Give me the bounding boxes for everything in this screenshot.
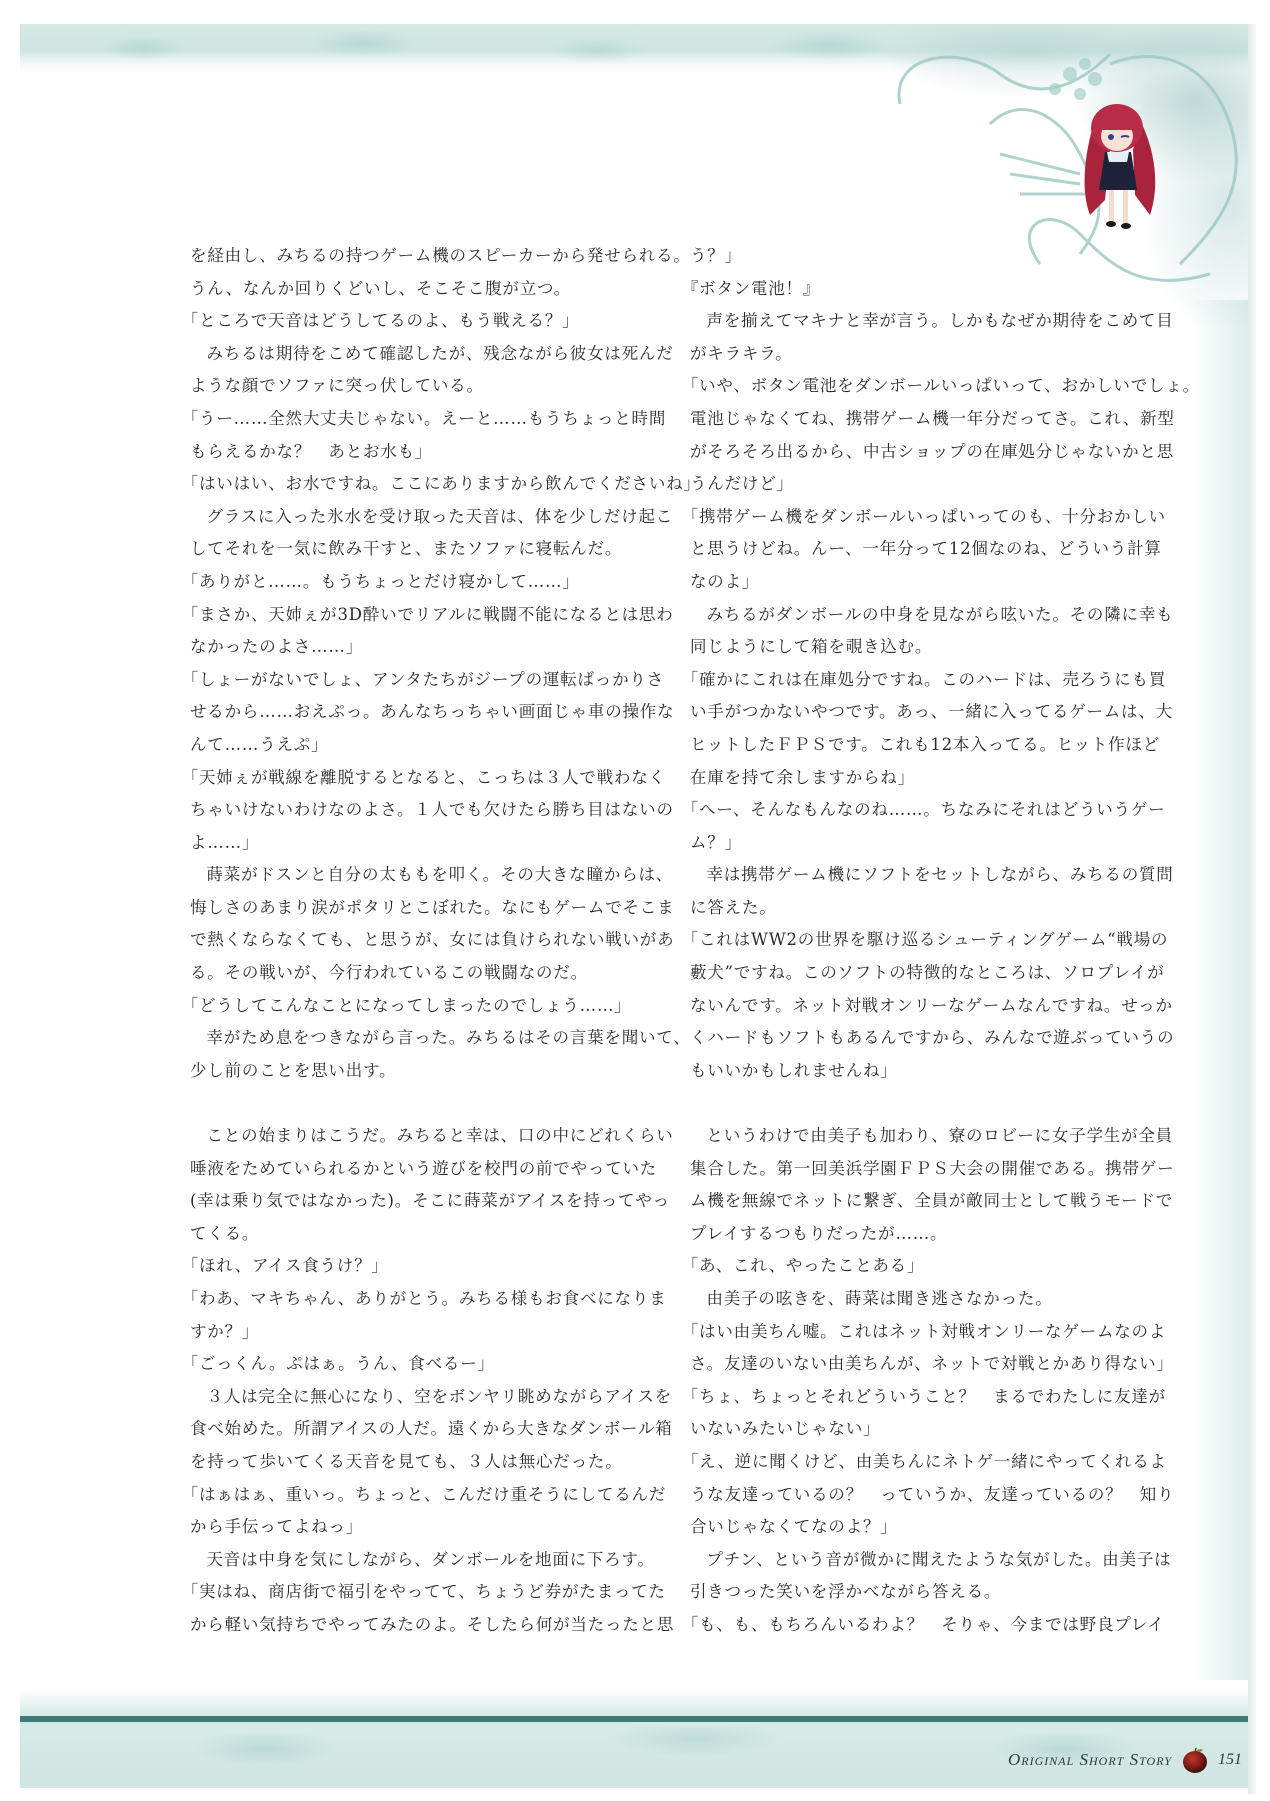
text-line: くハードもソフトもあるんですから、みんなで遊ぶっていうの bbox=[690, 1022, 1135, 1055]
text-line: すか？」 bbox=[190, 1316, 630, 1349]
text-line: なかったのよさ……」 bbox=[190, 631, 630, 664]
dialogue-line: 「も、も、もちろんいるわよ？ そりゃ、今までは野良プレイ bbox=[682, 1609, 1135, 1642]
text-line: してそれを一気に飲み干すと、またソファに寝転んだ。 bbox=[190, 533, 630, 566]
dialogue-line: 「いや、ボタン電池をダンボールいっぱいって、おかしいでしょ。 bbox=[682, 370, 1135, 403]
text-line: ム？」 bbox=[690, 827, 1135, 860]
text-line: 唾液をためていられるかという遊びを校門の前でやっていた bbox=[190, 1153, 630, 1186]
text-line: もいいかもしれませんね」 bbox=[690, 1055, 1135, 1088]
text-line: せるから……おえぷっ。あんなちっちゃい画面じゃ車の操作な bbox=[190, 696, 630, 729]
dialogue-line: 「うー……全然大丈夫じゃない。えーと……もうちょっと時間 bbox=[182, 403, 630, 436]
text-line: ような顔でソファに突っ伏している。 bbox=[190, 370, 630, 403]
dialogue-line: 「ちょ、ちょっとそれどういうこと？ まるでわたしに友達が bbox=[682, 1381, 1135, 1414]
text-line: がそろそろ出るから、中古ショップの在庫処分じゃないかと思 bbox=[690, 436, 1135, 469]
text-line: 引きつった笑いを浮かべながら答える。 bbox=[690, 1576, 1135, 1609]
dialogue-line: 「実はね、商店街で福引をやってて、ちょうど券がたまってた bbox=[182, 1576, 630, 1609]
chibi-character-illustration bbox=[1065, 90, 1175, 240]
text-line: ヒットしたＦＰＳです。これも12本入ってる。ヒット作ほど bbox=[690, 729, 1135, 762]
dialogue-line: 「わあ、マキちゃん、ありがとう。みちる様もお食べになりま bbox=[182, 1283, 630, 1316]
text-line: ことの始まりはこうだ。みちると幸は、口の中にどれくらい bbox=[190, 1120, 630, 1153]
text-line: 天音は中身を気にしながら、ダンボールを地面に下ろす。 bbox=[190, 1544, 630, 1577]
text-line: い手がつかないやつです。あっ、一緒に入ってるゲームは、大 bbox=[690, 696, 1135, 729]
text-line: る。その戦いが、今行われているこの戦闘なのだ。 bbox=[190, 957, 630, 990]
text-line: 蒔菜がドスンと自分の太ももを叩く。その大きな瞳からは、 bbox=[190, 859, 630, 892]
text-column-left: を経由し、みちるの持つゲーム機のスピーカーから発せられる。うん、なんか回りくどい… bbox=[190, 240, 630, 1642]
text-line: てくる。 bbox=[190, 1218, 630, 1251]
text-line: もらえるかな？ あとお水も」 bbox=[190, 436, 630, 469]
text-line: 藪犬”ですね。このソフトの特徴的なところは、ソロプレイが bbox=[690, 957, 1135, 990]
text-line: プレイするつもりだったが……。 bbox=[690, 1218, 1135, 1251]
text-line: ３人は完全に無心になり、空をボンヤリ眺めながらアイスを bbox=[190, 1381, 630, 1414]
text-line: グラスに入った氷水を受け取った天音は、体を少しだけ起こ bbox=[190, 501, 630, 534]
text-line: (幸は乗り気ではなかった)。そこに蒔菜がアイスを持ってやっ bbox=[190, 1185, 630, 1218]
text-line: なのよ」 bbox=[690, 566, 1135, 599]
text-line: を経由し、みちるの持つゲーム機のスピーカーから発せられる。 bbox=[190, 240, 630, 273]
text-line: 悔しさのあまり涙がポタリとこぼれた。なにもゲームでそこま bbox=[190, 892, 630, 925]
dialogue-line: 「しょーがないでしょ、アンタたちがジープの運転ばっかりさ bbox=[182, 664, 630, 697]
character-icon bbox=[1065, 90, 1175, 240]
dialogue-line: 「どうしてこんなことになってしまったのでしょう……」 bbox=[182, 990, 630, 1023]
running-footer-title: Original Short Story bbox=[1008, 1750, 1172, 1770]
footer-rule bbox=[20, 1716, 1248, 1722]
text-line: を持って歩いてくる天音を見ても、３人は無心だった。 bbox=[190, 1446, 630, 1479]
dialogue-line: 「はいはい、お水ですね。ここにありますから飲んでくださいね」 bbox=[182, 468, 630, 501]
paragraph-break bbox=[690, 1087, 1135, 1120]
text-line: んて……うえぷ」 bbox=[190, 729, 630, 762]
text-line: から軽い気持ちでやってみたのよ。そしたら何が当たったと思 bbox=[190, 1609, 630, 1642]
dialogue-line: 「ところで天音はどうしてるのよ、もう戦える？」 bbox=[182, 305, 630, 338]
dialogue-line: 「ありがと……。もうちょっとだけ寝かして……」 bbox=[182, 566, 630, 599]
text-line: ないんです。ネット対戦オンリーなゲームなんですね。せっか bbox=[690, 990, 1135, 1023]
dialogue-line: 『ボタン電池！』 bbox=[682, 273, 1135, 306]
dialogue-line: 「ほれ、アイス食うけ？」 bbox=[182, 1250, 630, 1283]
dialogue-line: 「え、逆に聞くけど、由美ちんにネトゲ一緒にやってくれるよ bbox=[682, 1446, 1135, 1479]
text-line: うんだけど」 bbox=[690, 468, 1135, 501]
dialogue-line: 「ごっくん。ぷはぁ。うん、食べるー」 bbox=[182, 1348, 630, 1381]
paragraph-break bbox=[190, 1087, 630, 1120]
text-line: みちるがダンボールの中身を見ながら呟いた。その隣に幸も bbox=[690, 599, 1135, 632]
text-line: ちゃいけないわけなのよさ。１人でも欠けたら勝ち目はないの bbox=[190, 794, 630, 827]
text-line: プチン、という音が微かに聞えたような気がした。由美子は bbox=[690, 1544, 1135, 1577]
text-line: 在庫を持て余しますからね」 bbox=[690, 762, 1135, 795]
text-line: 合いじゃなくてなのよ？」 bbox=[690, 1511, 1135, 1544]
dialogue-line: 「はい由美ちん嘘。これはネット対戦オンリーなゲームなのよ bbox=[682, 1316, 1135, 1349]
text-line: に答えた。 bbox=[690, 892, 1135, 925]
text-line: 幸がため息をつきながら言った。みちるはその言葉を聞いて、 bbox=[190, 1022, 630, 1055]
text-line: よ……」 bbox=[190, 827, 630, 860]
text-line: さ。友達のいない由美ちんが、ネットで対戦とかあり得ない」 bbox=[690, 1348, 1135, 1381]
text-line: うな友達っているの？ っていうか、友達っているの？ 知り bbox=[690, 1479, 1135, 1512]
text-line: と思うけどね。んー、一年分って12個なのね、どういう計算 bbox=[690, 533, 1135, 566]
dialogue-line: 「あ、これ、やったことある」 bbox=[682, 1250, 1135, 1283]
dialogue-line: 「天姉ぇが戦線を離脱するとなると、こっちは３人で戦わなく bbox=[182, 762, 630, 795]
text-line: 電池じゃなくてね、携帯ゲーム機一年分だってさ。これ、新型 bbox=[690, 403, 1135, 436]
right-texture-band bbox=[1190, 300, 1248, 1680]
text-line: 由美子の呟きを、蒔菜は聞き逃さなかった。 bbox=[690, 1283, 1135, 1316]
text-line: う？」 bbox=[690, 240, 1135, 273]
text-line: うん、なんか回りくどいし、そこそこ腹が立つ。 bbox=[190, 273, 630, 306]
text-line: 同じようにして箱を覗き込む。 bbox=[690, 631, 1135, 664]
dialogue-line: 「確かにこれは在庫処分ですね。このハードは、売ろうにも買 bbox=[682, 664, 1135, 697]
text-line: 食べ始めた。所謂アイスの人だ。遠くから大きなダンボール箱 bbox=[190, 1413, 630, 1446]
dialogue-line: 「はぁはぁ、重いっ。ちょっと、こんだけ重そうにしてるんだ bbox=[182, 1479, 630, 1512]
text-line: 声を揃えてマキナと幸が言う。しかもなぜか期待をこめて目 bbox=[690, 305, 1135, 338]
text-line: 幸は携帯ゲーム機にソフトをセットしながら、みちるの質問 bbox=[690, 859, 1135, 892]
text-line: 少し前のことを思い出す。 bbox=[190, 1055, 630, 1088]
text-line: で熱くならなくても、と思うが、女には負けられない戦いがあ bbox=[190, 924, 630, 957]
dialogue-line: 「まさか、天姉ぇが3D酔いでリアルに戦闘不能になるとは思わ bbox=[182, 599, 630, 632]
page-edge bbox=[1248, 24, 1256, 1794]
text-line: 集合した。第一回美浜学園ＦＰＳ大会の開催である。携帯ゲー bbox=[690, 1153, 1135, 1186]
page-number: 151 bbox=[1218, 1751, 1242, 1769]
text-line: から手伝ってよねっ」 bbox=[190, 1511, 630, 1544]
text-line: みちるは期待をこめて確認したが、残念ながら彼女は死んだ bbox=[190, 338, 630, 371]
text-line: いないみたいじゃない」 bbox=[690, 1413, 1135, 1446]
dialogue-line: 「これはWW2の世界を駆け巡るシューティングゲーム“戦場の bbox=[682, 924, 1135, 957]
page-footer: Original Short Story 151 bbox=[1008, 1740, 1242, 1780]
dialogue-line: 「へー、そんなもんなのね……。ちなみにそれはどういうゲー bbox=[682, 794, 1135, 827]
dialogue-line: 「携帯ゲーム機をダンボールいっぱいってのも、十分おかしい bbox=[682, 501, 1135, 534]
text-line: ム機を無線でネットに繋ぎ、全員が敵同士として戦うモードで bbox=[690, 1185, 1135, 1218]
apple-icon bbox=[1180, 1745, 1210, 1775]
text-line: というわけで由美子も加わり、寮のロビーに女子学生が全員 bbox=[690, 1120, 1135, 1153]
text-line: がキラキラ。 bbox=[690, 338, 1135, 371]
text-column-right: う？」『ボタン電池！』声を揃えてマキナと幸が言う。しかもなぜか期待をこめて目がキ… bbox=[690, 240, 1135, 1642]
